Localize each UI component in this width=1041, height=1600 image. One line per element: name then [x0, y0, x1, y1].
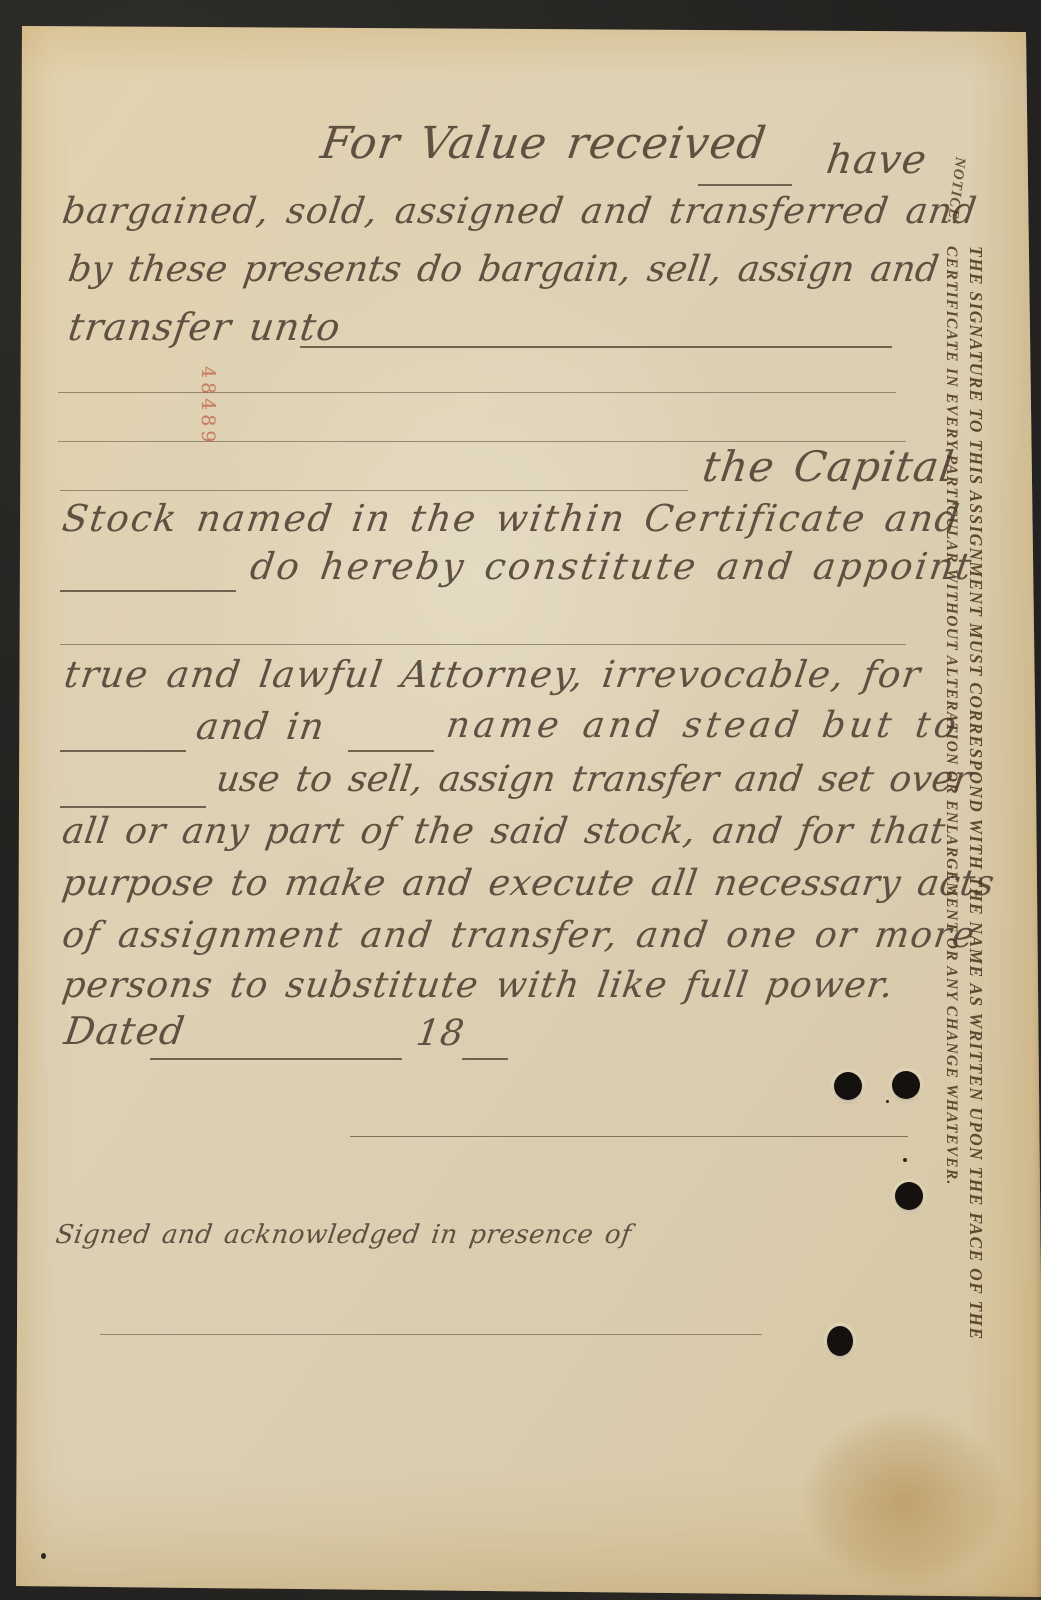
witness-label: Signed and acknowledged in presence of: [54, 1222, 633, 1248]
paper-speck-1: [41, 1553, 46, 1559]
fill-line-date: [150, 1058, 402, 1060]
notice-block: THE SIGNATURE TO THIS ASSIGNMENT MUST CO…: [930, 246, 986, 1256]
fill-line-pronoun: [60, 590, 236, 592]
serial-stamp-number: 48489: [197, 366, 219, 466]
line-transfer-unto: transfer unto: [66, 308, 343, 346]
fill-line-transferee-2: [58, 392, 896, 393]
dated-century: 18: [414, 1016, 467, 1052]
line-have: have: [824, 140, 930, 180]
notice-line-2: CERTIFICATE IN EVERY PARTICULAR WITHOUT …: [942, 246, 960, 1256]
dated-label: Dated: [62, 1012, 188, 1050]
certificate-paper: For Value received have bargained, sold,…: [0, 0, 1041, 1600]
fill-line-their: [60, 806, 206, 808]
line-all-or-any-part: all or any part of the said stock, and f…: [60, 814, 948, 850]
line-name-and-stead: name and stead but to: [444, 708, 962, 744]
line-use-to-sell: use to sell, assign transfer and set ove…: [214, 762, 973, 798]
line-bargained-sold: bargained, sold, assigned and transferre…: [60, 194, 979, 230]
fill-line-shares-received: [698, 184, 792, 186]
line-and-in: and in: [194, 708, 327, 745]
signature-line: [350, 1136, 908, 1137]
line-by-these-presents: by these presents do bargain, sell, assi…: [66, 252, 941, 288]
line-stock-named: Stock named in the within Certificate an…: [60, 500, 963, 537]
notice-line-1: THE SIGNATURE TO THIS ASSIGNMENT MUST CO…: [965, 246, 986, 1256]
paper-speck-2: [903, 1158, 907, 1162]
punch-hole-2: [892, 1071, 920, 1099]
line-of-assignment: of assignment and transfer, and one or m…: [60, 918, 978, 954]
fill-line-year: [462, 1058, 508, 1060]
witness-line: [100, 1334, 762, 1335]
fill-line-whose: [348, 750, 434, 752]
punch-hole-3: [895, 1182, 923, 1210]
fill-line-attorney-name: [60, 644, 906, 645]
paper-speck-3: [886, 1100, 889, 1103]
fill-line-transferee-1: [300, 346, 892, 348]
fill-line-him: [60, 750, 186, 752]
fill-line-shares: [60, 490, 688, 491]
line-for-value-received: For Value received: [318, 122, 769, 166]
line-constitute-appoint: do hereby constitute and appoint: [248, 548, 976, 585]
serial-stamp: 48489: [195, 366, 219, 466]
line-true-lawful-attorney: true and lawful Attorney, irrevocable, f…: [62, 656, 924, 693]
line-persons-substitute: persons to substitute with like full pow…: [60, 968, 896, 1004]
punch-hole-4: [827, 1326, 853, 1356]
line-the-capital: the Capital: [700, 446, 957, 488]
punch-hole-1: [834, 1072, 862, 1100]
line-purpose-to-make: purpose to make and execute all necessar…: [60, 866, 997, 902]
